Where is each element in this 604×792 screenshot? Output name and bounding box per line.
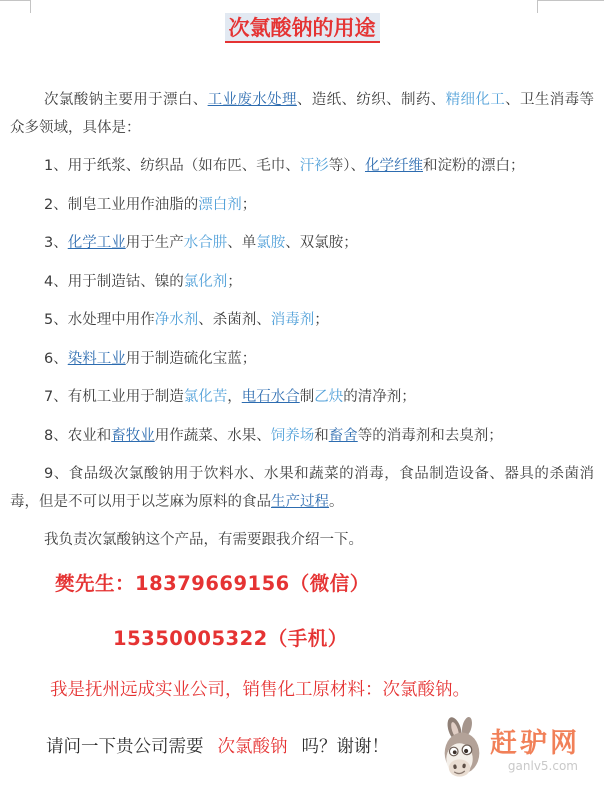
inline-link[interactable]: 畜舍: [329, 428, 358, 444]
inline-keyword-link[interactable]: 氯胺: [256, 235, 285, 251]
inline-link[interactable]: 畜牧业: [111, 428, 155, 444]
inline-link[interactable]: 化学纤维: [365, 158, 423, 174]
text-segment: 和淀粉的漂白；: [423, 158, 525, 174]
text-segment: 、单: [227, 235, 256, 251]
use-item-1: 1、用于纸浆、纺织品（如布匹、毛巾、汗衫等）、化学纤维和淀粉的漂白；: [10, 153, 594, 181]
contact-mobile-line: 15350005322（手机）: [10, 624, 594, 654]
donkey-icon: [437, 716, 487, 786]
text-segment: 用作蔬菜、水果、: [155, 428, 271, 444]
text-segment: 和: [314, 428, 329, 444]
inline-link[interactable]: 生产过程: [271, 494, 329, 510]
company-line: 我是抚州远成实业公司，销售化工原材料：次氯酸钠。: [10, 677, 594, 703]
text-segment: 、杀菌剂、: [198, 312, 271, 328]
question-pre: 请问一下贵公司需要: [46, 737, 204, 757]
title-row: 次氯酸钠的用途: [10, 13, 594, 43]
text-segment: 1、用于纸浆、纺织品（如布匹、毛巾、: [44, 158, 300, 174]
closing-paragraph: 我负责次氯酸钠这个产品，有需要跟我介绍一下。: [10, 527, 594, 555]
logo-name: 赶驴网: [490, 730, 580, 758]
intro-paragraph: 次氯酸钠主要用于漂白、工业废水处理、造纸、纺织、制药、精细化工、卫生消毒等众多领…: [10, 87, 594, 142]
use-item-9: 9、食品级次氯酸钠用于饮料水、水果和蔬菜的消毒，食品制造设备、器具的杀菌消毒，但…: [10, 461, 594, 516]
use-item-7: 7、有机工业用于制造氯化苦，电石水合制乙炔的清净剂；: [10, 384, 594, 412]
logo-domain: ganlv5.com: [508, 759, 580, 773]
text-segment: 制: [300, 389, 315, 405]
inline-link[interactable]: 染料工业: [68, 351, 126, 367]
text-segment: 的清净剂；: [343, 389, 416, 405]
text-segment: 6、: [44, 351, 68, 367]
text-segment: 等）、: [329, 158, 365, 174]
inline-keyword-link[interactable]: 净水剂: [155, 312, 199, 328]
inline-keyword-link[interactable]: 水合肼: [184, 235, 228, 251]
text-segment: 4、用于制造钴、镍的: [44, 274, 184, 290]
text-segment: 。: [329, 494, 344, 510]
text-segment: 、造纸、纺织、制药、: [297, 92, 446, 108]
inline-keyword-link[interactable]: 漂白剂: [198, 197, 242, 213]
text-segment: 用于生产: [126, 235, 184, 251]
inline-link[interactable]: 电石水合: [242, 389, 300, 405]
inline-keyword-link[interactable]: 汗衫: [300, 158, 329, 174]
inline-keyword-link[interactable]: 氯化剂: [184, 274, 228, 290]
inline-link[interactable]: 工业废水处理: [208, 92, 297, 108]
logo-text-block: 赶驴网 ganlv5.com: [490, 730, 580, 773]
inline-keyword-link[interactable]: 乙炔: [314, 389, 343, 405]
text-segment: ；: [242, 197, 257, 213]
question-post: 吗？谢谢！: [302, 737, 390, 757]
inline-keyword-link[interactable]: 饲养场: [271, 428, 315, 444]
text-segment: ；: [314, 312, 329, 328]
use-item-8: 8、农业和畜牧业用作蔬菜、水果、饲养场和畜舍等的消毒剂和去臭剂；: [10, 423, 594, 451]
use-item-4: 4、用于制造钴、镍的氯化剂；: [10, 269, 594, 297]
use-item-5: 5、水处理中用作净水剂、杀菌剂、消毒剂；: [10, 307, 594, 335]
inline-keyword-link[interactable]: 消毒剂: [271, 312, 315, 328]
inline-keyword-link[interactable]: 氯化苦: [184, 389, 228, 405]
text-segment: 用于制造硫化宝蓝；: [126, 351, 257, 367]
use-item-3: 3、化学工业用于生产水合肼、单氯胺、双氯胺；: [10, 230, 594, 258]
text-segment: ；: [227, 274, 242, 290]
page-title: 次氯酸钠的用途: [225, 13, 380, 43]
text-segment: 5、水处理中用作: [44, 312, 155, 328]
text-segment: 3、: [44, 235, 68, 251]
contact-wechat-line: 樊先生：18379669156（微信）: [10, 569, 594, 599]
inline-keyword-link[interactable]: 精细化工: [446, 92, 506, 108]
text-segment: 等的消毒剂和去臭剂；: [358, 428, 503, 444]
inline-link[interactable]: 化学工业: [68, 235, 126, 251]
document-page: 次氯酸钠的用途 次氯酸钠主要用于漂白、工业废水处理、造纸、纺织、制药、精细化工、…: [0, 0, 604, 760]
text-segment: 2、制皂工业用作油脂的: [44, 197, 198, 213]
question-product-highlight: 次氯酸钠: [218, 737, 288, 757]
text-segment: 7、有机工业用于制造: [44, 389, 184, 405]
use-item-2: 2、制皂工业用作油脂的漂白剂；: [10, 192, 594, 220]
text-segment: 8、农业和: [44, 428, 111, 444]
text-segment: 次氯酸钠主要用于漂白、: [44, 92, 208, 108]
text-segment: ，: [227, 389, 242, 405]
ganlv-watermark-logo: 赶驴网 ganlv5.com: [437, 716, 580, 786]
use-item-6: 6、染料工业用于制造硫化宝蓝；: [10, 346, 594, 374]
text-segment: 、双氯胺；: [285, 235, 358, 251]
